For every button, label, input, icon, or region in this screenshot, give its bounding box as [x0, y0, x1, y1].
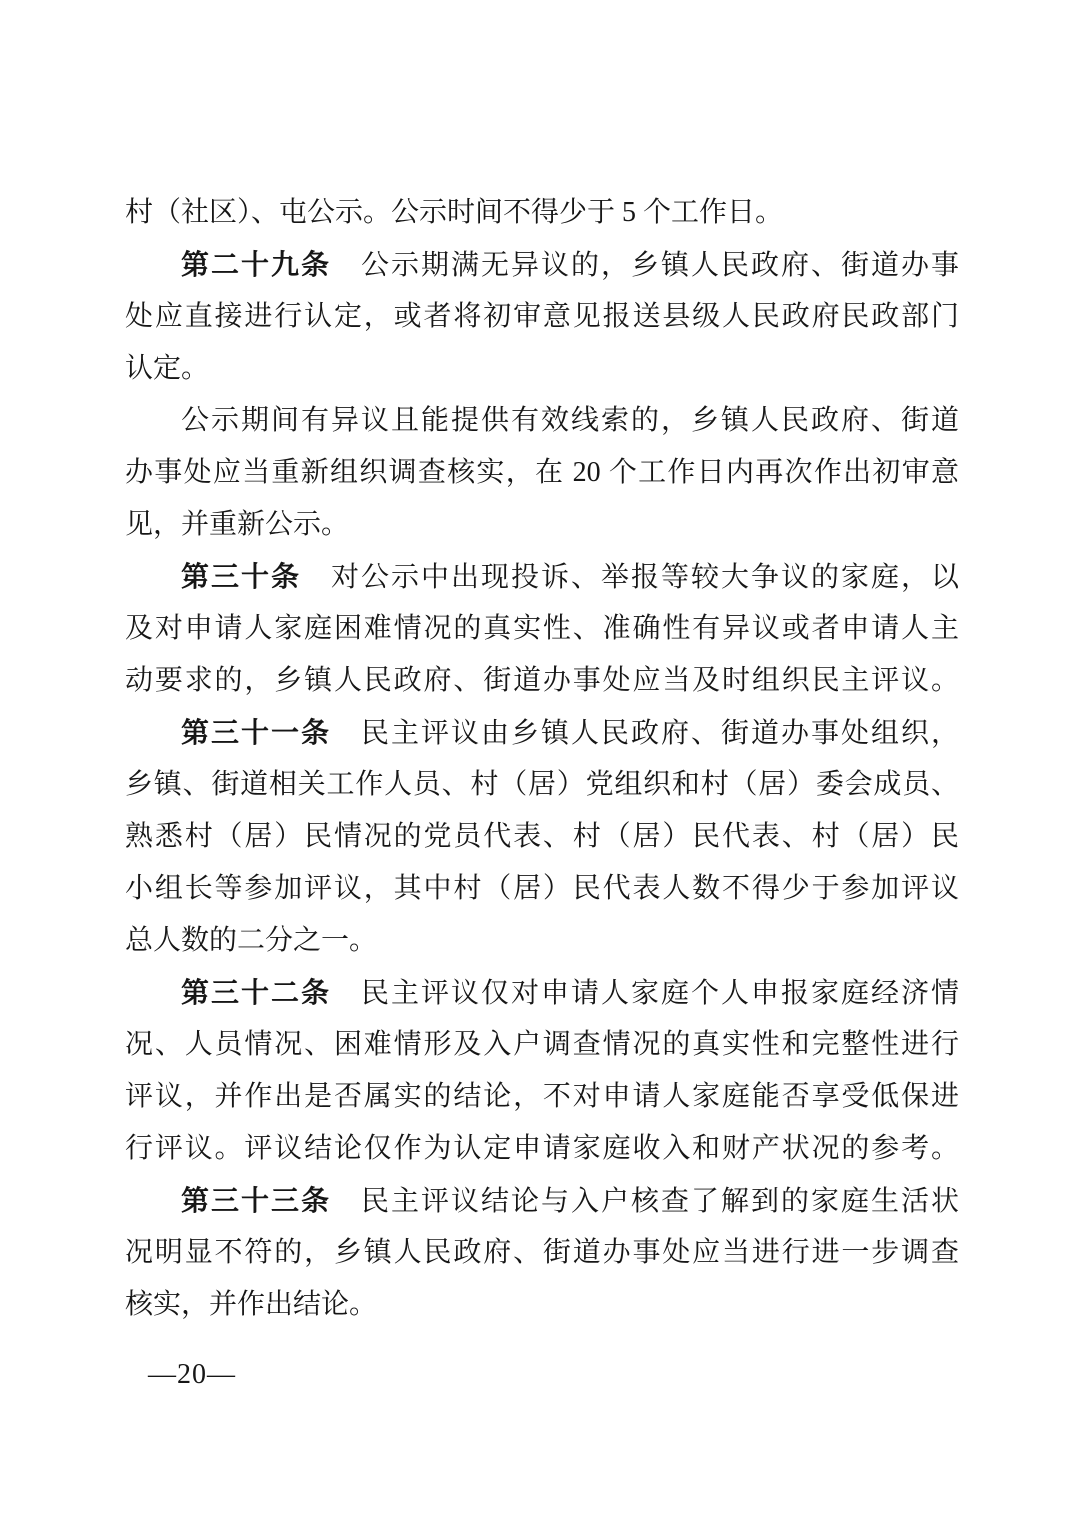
text-segment: 处应直接进行认定，或者将初审意见报送县级人民政府民政部门: [125, 301, 959, 332]
text-segment: 小组长等参加评议，其中村（居）民代表人数不得少于参加评议: [125, 873, 959, 904]
text-line: 第三十一条 民主评议由乡镇人民政府、街道办事处组织，: [125, 707, 959, 759]
text-segment: 民主评议由乡镇人民政府、街道办事处组织，: [331, 718, 959, 749]
article-number: 第三十一条: [181, 717, 331, 748]
page-number: —20—: [148, 1349, 236, 1401]
paragraph-article-32: 第三十二条 民主评议仅对申请人家庭个人申报家庭经济情况、人员情况、困难情形及入户…: [125, 967, 959, 1175]
text-line: 评议，并作出是否属实的结论，不对申请人家庭能否享受低保进: [125, 1071, 959, 1123]
article-number: 第三十条: [181, 561, 301, 592]
paragraph-publicity-objection: 公示期间有异议且能提供有效线索的，乡镇人民政府、街道办事处应当重新组织调查核实，…: [125, 395, 959, 551]
paragraph-continuation: 村（社区）、屯公示。公示时间不得少于 5 个工作日。: [125, 187, 959, 239]
article-number: 第三十二条: [181, 977, 331, 1008]
text-segment: 公示期满无异议的，乡镇人民政府、街道办事: [331, 250, 959, 281]
article-number: 第二十九条: [181, 249, 331, 280]
text-segment: 办事处应当重新组织调查核实，在 20 个工作日内再次作出初审意: [125, 457, 959, 488]
text-segment: 村（社区）、屯公示。公示时间不得少于 5 个工作日。: [125, 197, 783, 228]
text-line: 况、人员情况、困难情形及入户调查情况的真实性和完整性进行: [125, 1019, 959, 1071]
text-segment: 况、人员情况、困难情形及入户调查情况的真实性和完整性进行: [125, 1029, 959, 1060]
text-line: 小组长等参加评议，其中村（居）民代表人数不得少于参加评议: [125, 863, 959, 915]
text-segment: 对公示中出现投诉、举报等较大争议的家庭，以: [301, 562, 959, 593]
text-line: 总人数的二分之一。: [125, 915, 959, 967]
text-segment: 核实，并作出结论。: [125, 1289, 377, 1320]
text-segment: 评议，并作出是否属实的结论，不对申请人家庭能否享受低保进: [125, 1081, 959, 1112]
paragraph-article-30: 第三十条 对公示中出现投诉、举报等较大争议的家庭，以及对申请人家庭困难情况的真实…: [125, 551, 959, 707]
text-line: 办事处应当重新组织调查核实，在 20 个工作日内再次作出初审意: [125, 447, 959, 499]
text-line: 见，并重新公示。: [125, 499, 959, 551]
paragraph-article-31: 第三十一条 民主评议由乡镇人民政府、街道办事处组织，乡镇、街道相关工作人员、村（…: [125, 707, 959, 967]
article-number: 第三十三条: [181, 1185, 331, 1216]
text-segment: 及对申请人家庭困难情况的真实性、准确性有异议或者申请人主: [125, 613, 959, 644]
text-line: 动要求的，乡镇人民政府、街道办事处应当及时组织民主评议。: [125, 655, 959, 707]
text-line: 第三十三条 民主评议结论与入户核查了解到的家庭生活状: [125, 1175, 959, 1227]
text-segment: 总人数的二分之一。: [125, 925, 377, 956]
text-line: 乡镇、街道相关工作人员、村（居）党组织和村（居）委会成员、: [125, 759, 959, 811]
text-line: 核实，并作出结论。: [125, 1279, 959, 1331]
paragraph-article-33: 第三十三条 民主评议结论与入户核查了解到的家庭生活状况明显不符的，乡镇人民政府、…: [125, 1175, 959, 1331]
text-segment: 认定。: [125, 353, 209, 384]
text-line: 公示期间有异议且能提供有效线索的，乡镇人民政府、街道: [125, 395, 959, 447]
paragraph-article-29: 第二十九条 公示期满无异议的，乡镇人民政府、街道办事处应直接进行认定，或者将初审…: [125, 239, 959, 395]
text-segment: 动要求的，乡镇人民政府、街道办事处应当及时组织民主评议。: [125, 665, 959, 696]
document-page: 村（社区）、屯公示。公示时间不得少于 5 个工作日。第二十九条 公示期满无异议的…: [0, 0, 1074, 1520]
text-line: 及对申请人家庭困难情况的真实性、准确性有异议或者申请人主: [125, 603, 959, 655]
text-line: 熟悉村（居）民情况的党员代表、村（居）民代表、村（居）民: [125, 811, 959, 863]
document-body: 村（社区）、屯公示。公示时间不得少于 5 个工作日。第二十九条 公示期满无异议的…: [125, 187, 959, 1331]
text-line: 况明显不符的，乡镇人民政府、街道办事处应当进行进一步调查: [125, 1227, 959, 1279]
text-segment: 乡镇、街道相关工作人员、村（居）党组织和村（居）委会成员、: [125, 769, 959, 800]
text-segment: 况明显不符的，乡镇人民政府、街道办事处应当进行进一步调查: [125, 1237, 959, 1268]
text-segment: 熟悉村（居）民情况的党员代表、村（居）民代表、村（居）民: [125, 821, 959, 852]
text-segment: 民主评议结论与入户核查了解到的家庭生活状: [331, 1186, 959, 1217]
text-segment: 见，并重新公示。: [125, 509, 349, 540]
text-line: 第三十二条 民主评议仅对申请人家庭个人申报家庭经济情: [125, 967, 959, 1019]
text-segment: 民主评议仅对申请人家庭个人申报家庭经济情: [331, 978, 959, 1009]
text-segment: 行评议。评议结论仅作为认定申请家庭收入和财产状况的参考。: [125, 1133, 959, 1164]
text-line: 第三十条 对公示中出现投诉、举报等较大争议的家庭，以: [125, 551, 959, 603]
text-segment: 公示期间有异议且能提供有效线索的，乡镇人民政府、街道: [181, 405, 959, 436]
text-line: 村（社区）、屯公示。公示时间不得少于 5 个工作日。: [125, 187, 959, 239]
text-line: 处应直接进行认定，或者将初审意见报送县级人民政府民政部门: [125, 291, 959, 343]
text-line: 认定。: [125, 343, 959, 395]
text-line: 行评议。评议结论仅作为认定申请家庭收入和财产状况的参考。: [125, 1123, 959, 1175]
text-line: 第二十九条 公示期满无异议的，乡镇人民政府、街道办事: [125, 239, 959, 291]
